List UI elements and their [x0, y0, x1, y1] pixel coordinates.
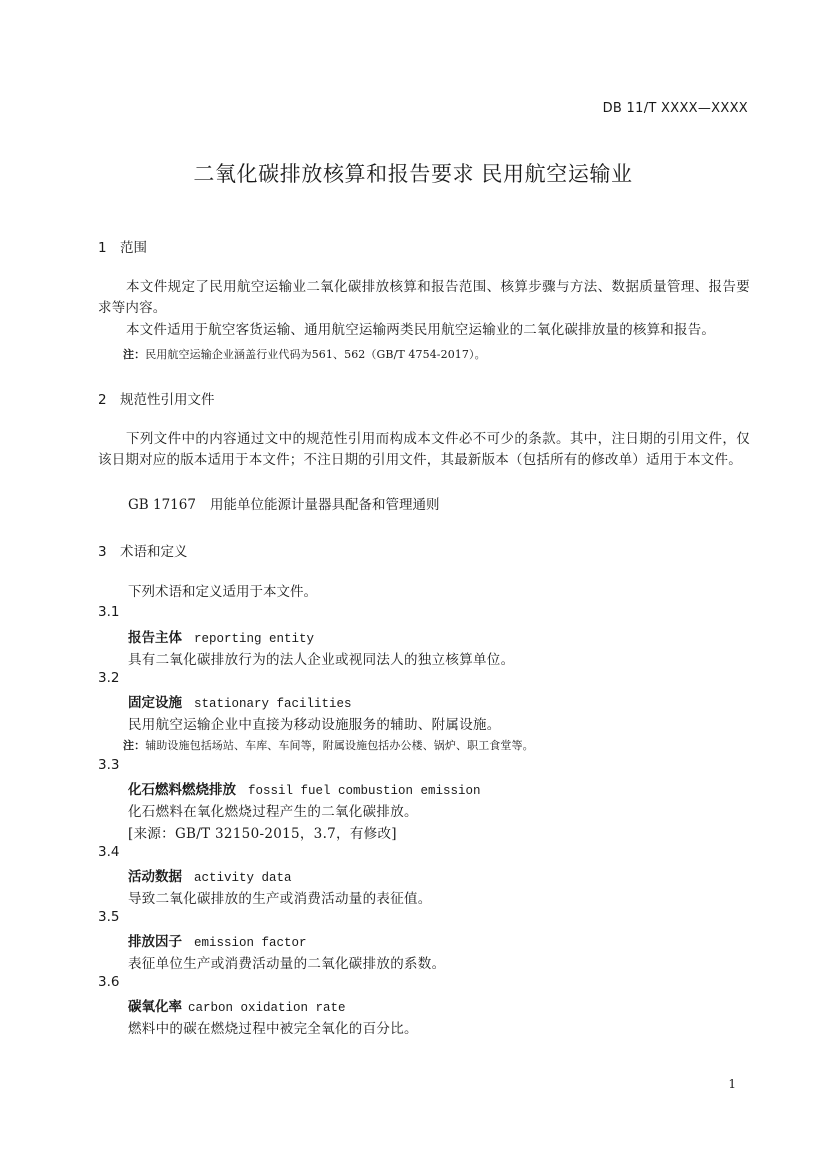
term-english: activity data — [194, 871, 292, 885]
term-entry: 固定设施stationary facilities — [128, 691, 352, 711]
term-definition: 燃料中的碳在燃烧过程中被完全氧化的百分比。 — [128, 1017, 418, 1037]
term-entry: 排放因子emission factor — [128, 930, 307, 950]
term-number: 3.3 — [98, 757, 119, 773]
section-number: 3 — [98, 544, 120, 560]
section-heading-2: 2规范性引用文件 — [98, 388, 215, 408]
document-title: 二氧化碳排放核算和报告要求 民用航空运输业 — [0, 158, 826, 188]
term-definition: 表征单位生产或消费活动量的二氧化碳排放的系数。 — [128, 952, 445, 972]
term-note: 注：辅助设施包括场站、车库、车间等，附属设施包括办公楼、锅炉、职工食堂等。 — [123, 737, 534, 753]
note-text: 民用航空运输企业涵盖行业代码为561、562（GB/T 4754-2017）。 — [145, 348, 486, 361]
term-entry: 活动数据activity data — [128, 865, 292, 885]
term-definition: 化石燃料在氧化燃烧过程产生的二氧化碳排放。 — [128, 800, 418, 820]
term-number: 3.4 — [98, 844, 119, 860]
section-title: 规范性引用文件 — [120, 392, 215, 408]
reference-code: GB 17167 — [128, 497, 196, 513]
section-number: 2 — [98, 392, 120, 408]
note-label: 注： — [123, 348, 145, 361]
standard-code: DB 11/T XXXX—XXXX — [603, 101, 748, 116]
term-number: 3.5 — [98, 909, 119, 925]
term-english: stationary facilities — [194, 697, 352, 711]
term-english: carbon oxidation rate — [188, 1001, 346, 1015]
scope-note: 注：民用航空运输企业涵盖行业代码为561、562（GB/T 4754-2017）… — [123, 346, 486, 362]
reference-title: 用能单位能源计量器具配备和管理通则 — [210, 497, 440, 513]
term-entry: 报告主体reporting entity — [128, 626, 314, 646]
term-definition: 民用航空运输企业中直接为移动设施服务的辅助、附属设施。 — [128, 713, 501, 733]
note-label: 注： — [123, 739, 145, 752]
term-chinese: 排放因子 — [128, 934, 182, 950]
scope-paragraph-1: 本文件规定了民用航空运输业二氧化碳排放核算和报告范围、核算步骤与方法、数据质量管… — [98, 277, 750, 319]
term-chinese: 化石燃料燃烧排放 — [128, 782, 236, 798]
term-english: emission factor — [194, 936, 307, 950]
section-title: 术语和定义 — [120, 544, 188, 560]
term-english: fossil fuel combustion emission — [248, 784, 481, 798]
term-entry: 碳氧化率carbon oxidation rate — [128, 995, 346, 1015]
term-english: reporting entity — [194, 632, 314, 646]
term-number: 3.2 — [98, 670, 119, 686]
term-chinese: 活动数据 — [128, 869, 182, 885]
term-source: [来源：GB/T 32150-2015，3.7，有修改] — [128, 822, 397, 842]
section-number: 1 — [98, 240, 120, 256]
term-chinese: 固定设施 — [128, 695, 182, 711]
scope-paragraph-2: 本文件适用于航空客货运输、通用航空运输两类民用航空运输业的二氧化碳排放量的核算和… — [98, 320, 750, 341]
section-heading-1: 1范围 — [98, 236, 147, 256]
document-page: DB 11/T XXXX—XXXX 二氧化碳排放核算和报告要求 民用航空运输业 … — [0, 0, 826, 1169]
reference-item: GB 17167用能单位能源计量器具配备和管理通则 — [128, 495, 439, 516]
term-number: 3.6 — [98, 974, 119, 990]
term-definition: 导致二氧化碳排放的生产或消费活动量的表征值。 — [128, 887, 432, 907]
term-number: 3.1 — [98, 604, 119, 620]
term-definition: 具有二氧化碳排放行为的法人企业或视同法人的独立核算单位。 — [128, 648, 514, 668]
page-number: 1 — [728, 1077, 736, 1091]
term-entry: 化石燃料燃烧排放fossil fuel combustion emission — [128, 778, 481, 798]
term-chinese: 报告主体 — [128, 630, 182, 646]
term-chinese: 碳氧化率 — [128, 999, 182, 1015]
normative-references-paragraph: 下列文件中的内容通过文中的规范性引用而构成本文件必不可少的条款。其中，注日期的引… — [98, 429, 750, 471]
note-text: 辅助设施包括场站、车库、车间等，附属设施包括办公楼、锅炉、职工食堂等。 — [145, 739, 534, 752]
section-heading-3: 3术语和定义 — [98, 540, 188, 560]
terms-intro: 下列术语和定义适用于本文件。 — [128, 582, 317, 603]
section-title: 范围 — [120, 240, 147, 256]
